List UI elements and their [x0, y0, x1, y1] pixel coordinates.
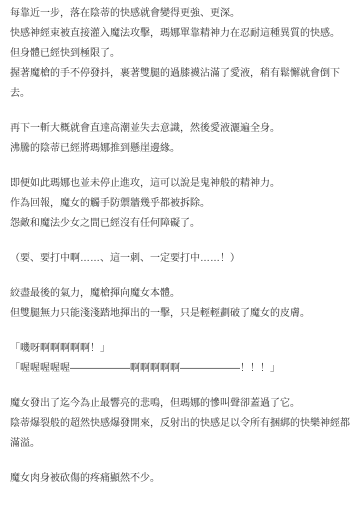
- narration-paragraph: 魔女肉身被砍傷的疼痛顯然不少。: [10, 469, 352, 489]
- narration-paragraph: 即便如此瑪娜也並未停止進攻，這可以說是鬼神般的精神力。 作為回報，魔女的觸手防禦…: [10, 174, 352, 234]
- narration-paragraph: 魔女發出了迄今為止最響亮的悲鳴，但瑪娜的慘叫聲卻蓋過了它。 陰蒂爆裂般的超然快感…: [10, 394, 352, 454]
- narration-paragraph: 再下一斬大概就會直達高潮並失去意識，然後愛液灑遍全身。 沸騰的陰蒂已經將瑪娜推到…: [10, 119, 352, 159]
- inner-thought-paragraph: （要、要打中啊……、這一刺、一定要打中……！）: [10, 249, 352, 269]
- novel-reader-page: 每靠近一步，落在陰蒂的快感就會變得更強、更深。 快感神經束被直接灌入魔法攻擊，瑪…: [0, 0, 360, 508]
- narration-paragraph: 每靠近一步，落在陰蒂的快感就會變得更強、更深。 快感神經束被直接灌入魔法攻擊，瑪…: [10, 4, 352, 104]
- dialogue-paragraph: 「嘰呀啊啊啊啊啊！」 「喔喔喔喔喔——————啊啊啊啊啊——————！！！」: [10, 339, 352, 379]
- narration-paragraph: 絞盡最後的氣力，魔槍揮向魔女本體。 但雙腿無力只能淺淺踏地揮出的一擊，只是輕輕劃…: [10, 284, 352, 324]
